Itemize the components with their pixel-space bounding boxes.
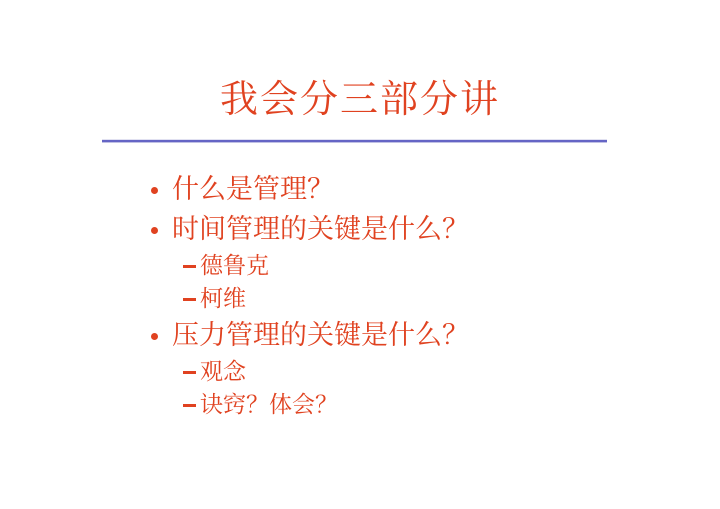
bullet-dot-icon (151, 227, 158, 234)
list-item: 压力管理的关键是什么？ (150, 316, 590, 356)
bullet-dot-icon (151, 187, 158, 194)
list-item: 什么是管理？ (150, 170, 590, 210)
bullet-text: 时间管理的关键是什么？ (172, 214, 469, 245)
dash-bullet-icon (183, 371, 196, 374)
list-item: 时间管理的关键是什么？ (150, 210, 590, 250)
dash-bullet-icon (183, 404, 196, 407)
page-title: 我会分三部分讲 (0, 80, 720, 118)
bullet-text: 诀窍？体会？ (200, 392, 338, 418)
bullet-dot-icon (151, 333, 158, 340)
list-item: 诀窍？体会？ (150, 389, 590, 422)
bullet-text: 什么是管理？ (172, 174, 334, 205)
bullet-text: 观念 (200, 359, 246, 385)
bullet-text: 柯维 (200, 286, 246, 312)
bullet-text: 德鲁克 (200, 253, 269, 279)
list-item: 德鲁克 (150, 250, 590, 283)
presentation-slide: 我会分三部分讲 什么是管理？ 时间管理的关键是什么？ 德鲁克 柯维 压力管理的关… (0, 0, 720, 509)
dash-bullet-icon (183, 298, 196, 301)
bullet-text: 压力管理的关键是什么？ (172, 320, 469, 351)
list-item: 柯维 (150, 283, 590, 316)
bullet-list: 什么是管理？ 时间管理的关键是什么？ 德鲁克 柯维 压力管理的关键是什么？ 观念… (150, 170, 590, 422)
dash-bullet-icon (183, 265, 196, 268)
title-divider-line (102, 140, 607, 142)
list-item: 观念 (150, 356, 590, 389)
